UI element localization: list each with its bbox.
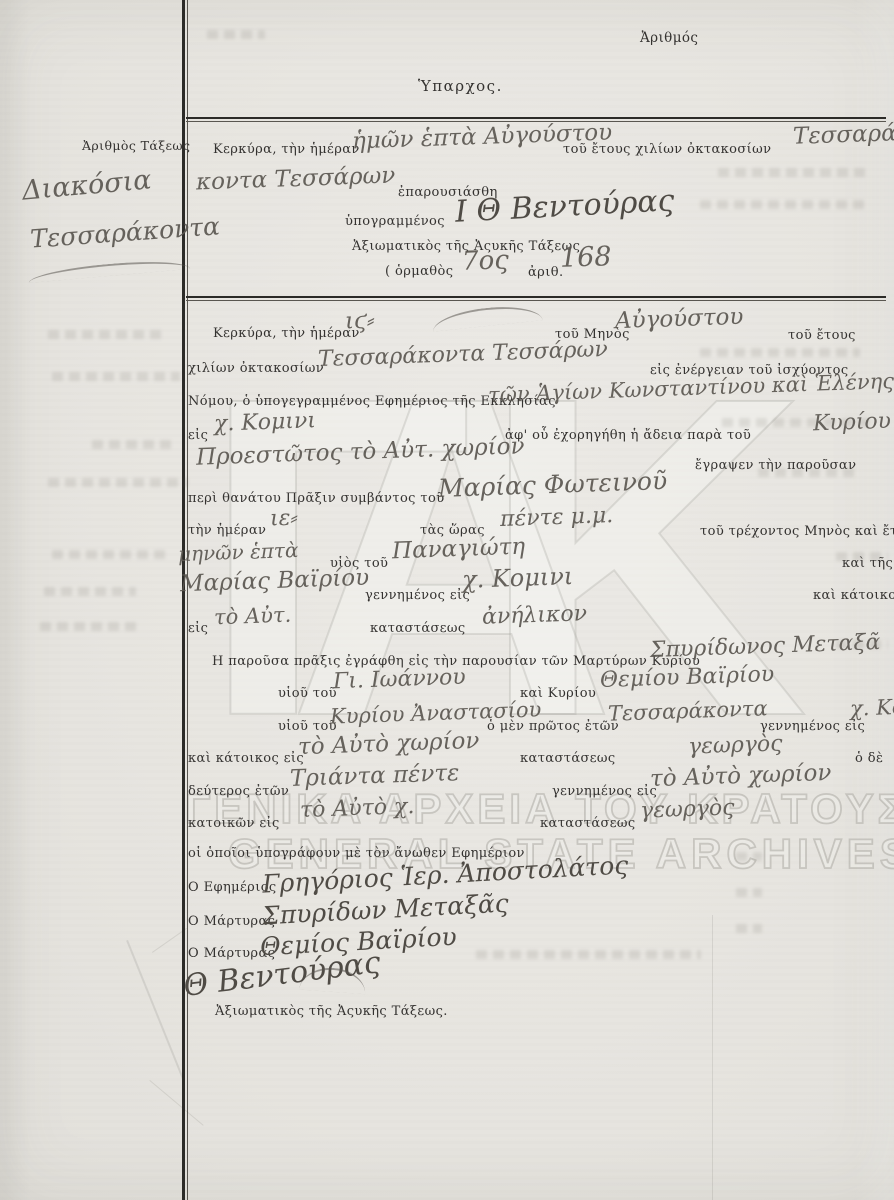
act-born-at-label: γεννημένος εἰς <box>365 589 470 603</box>
bleed-through-mark <box>48 478 188 487</box>
box-year-entry-part1: Τεσσαρά <box>793 122 894 149</box>
second-witness-intro-label: ὁ δὲ <box>855 752 883 766</box>
first-witness-age-label: ὁ μὲν πρῶτος ἐτῶν <box>487 720 619 734</box>
bleed-through-mark <box>718 168 868 177</box>
act-month-entry: Αὐγούστου <box>615 306 744 333</box>
act-death-hour-entry: πέντε μ.μ. <box>500 505 614 531</box>
vertical-rule-inner <box>187 0 188 1200</box>
second-witness-age-entry: Τριάντα πέντε <box>290 762 460 791</box>
box-year-label: τοῦ ἔτους χιλίων ὀκτακοσίων <box>563 143 771 157</box>
first-witness-status-label: καταστάσεως <box>520 752 616 766</box>
act-village-entry: χ. Κομινι <box>214 410 317 436</box>
first-witness-resident-label: καὶ κάτοικος εἰς <box>188 752 304 766</box>
act-status-entry: ἀνήλικον <box>482 603 588 629</box>
vertical-crease <box>712 915 713 1200</box>
bleed-through-mark <box>700 348 860 357</box>
act-on-day-label: τὴν ἡμέραν <box>188 524 266 538</box>
second-witness-born-label: γεννημένος εἰς <box>552 785 657 799</box>
act-place-date-label: Κερκύρα, τὴν ἡμέραν <box>213 327 360 341</box>
document-number-label: Ἀριθμός <box>640 31 698 46</box>
second-witness-status-entry: γεωργὸς <box>640 797 735 822</box>
box-place-date-label: Κερκύρα, τὴν ἡμέραν <box>213 143 360 157</box>
bleed-through-mark <box>92 440 174 449</box>
horizontal-rule-mid-inner <box>186 300 886 301</box>
act-resident-label: καὶ κάτοικος <box>813 589 894 603</box>
box-number-entry: 168 <box>560 243 612 272</box>
box-bundle-entry: 7ος <box>462 247 510 275</box>
second-witness-resident-label: κατοικῶν εἰς <box>188 817 280 831</box>
order-number-value-line1: Διακόσια <box>21 166 152 204</box>
act-death-day-entry: ιε⸗ <box>270 508 299 531</box>
witness2-name-entry: Θεμίου Βαϊρίου <box>600 664 775 692</box>
bleed-through-mark <box>44 587 136 596</box>
act-deceased-name-entry: Μαρίας Φωτεινοῦ <box>438 468 668 501</box>
box-year-entry-part2: κοντα Τεσσάρων <box>196 165 396 195</box>
officer-title: Ἀξιωματικὸς τῆς Ἀςυκῆς Τάξεως. <box>215 1005 448 1019</box>
margin-underline-flourish <box>28 257 190 283</box>
horizontal-rule-mid <box>186 296 886 298</box>
horizontal-rule-top <box>186 117 886 119</box>
bleed-through-mark <box>48 330 166 339</box>
second-witness-status-label: καταστάσεως <box>540 817 636 831</box>
act-permission-label: ἀφ' οὗ ἐχορηγήθη ἡ ἄδεια παρὰ τοῦ <box>505 429 751 443</box>
second-witness-age-label: δεύτερος ἐτῶν <box>188 785 289 799</box>
first-witness-age-entry: Τεσσαράκοντα <box>608 698 768 725</box>
box-undersigned-label: ὑπογραμμένος <box>345 215 445 229</box>
bleed-through-mark <box>736 924 762 933</box>
page-title: Ὑπαρχος. <box>418 78 503 95</box>
bleed-through-mark <box>52 550 170 559</box>
act-day-entry: ιϛ⸗ <box>345 309 375 333</box>
second-witness-residence-entry: τὸ Αὐτὸ χ. <box>300 796 415 822</box>
bleed-through-mark <box>52 372 180 381</box>
box-number-label: ἀριθ. <box>528 266 563 280</box>
bleed-through-mark <box>476 950 701 959</box>
act-year-label: τοῦ ἔτους <box>788 329 856 343</box>
witness1-son-of-label: υἱοῦ τοῦ <box>278 687 337 701</box>
diagonal-crease <box>127 940 185 1080</box>
act-at-label2: εἰς <box>188 622 208 636</box>
order-number-label: Ἀριθμὸς Τάξεως <box>82 139 190 153</box>
act-death-of-label: περὶ θανάτου Πρᾶξιν συμβάντος τοῦ <box>188 492 445 506</box>
act-current-month-label: τοῦ τρέχοντος Μηνὸς καὶ ἔτους <box>700 525 894 539</box>
act-birthplace-entry: χ. Κομινι <box>462 564 574 592</box>
bleed-through-mark <box>700 200 870 209</box>
act-residence-entry: τὸ Αὐτ. <box>214 605 292 629</box>
bleed-through-mark <box>722 418 870 427</box>
box-bundle-label: ( ὁρμαθὸς <box>385 265 453 279</box>
act-status-label: καταστάσεως <box>370 622 466 636</box>
second-witness-birthplace-entry: τὸ Αὐτὸ χωρίον <box>650 762 832 791</box>
act-year-thousand-label: χιλίων ὀκτακοσίων <box>188 362 324 376</box>
bleed-through-mark <box>836 552 888 561</box>
bleed-through-mark <box>836 640 888 649</box>
bleed-through-mark <box>736 888 762 897</box>
order-number-value-line2: Τεσσαράκοντα <box>29 213 220 251</box>
first-witness-residence-entry: τὸ Αὐτὸ χωρίον <box>298 730 480 759</box>
diagonal-crease <box>149 1080 203 1126</box>
first-witness-birthplace-entry: χ. Κομινι <box>850 695 894 719</box>
bleed-through-mark <box>207 30 265 39</box>
bleed-through-mark <box>736 852 762 861</box>
act-father-name-entry: Παναγιώτη <box>392 536 526 564</box>
bleed-through-mark <box>758 468 856 477</box>
vertical-rule-main <box>182 0 185 1200</box>
act-at-label: εἰς <box>188 429 208 443</box>
scanned-document-page: ΓΑΚ ΓΕΝΙΚΑ ΑΡΧΕΙΑ ΤΟΥ ΚΡΑΤΟΥΣ GENERAL ST… <box>0 0 894 1200</box>
witness1-father-entry: Γι. Ιωάννου <box>333 667 466 694</box>
bleed-through-mark <box>40 622 138 631</box>
act-age-months-entry: μηνῶν ἑπτὰ <box>178 540 299 564</box>
box-officer-signature: Ι Θ Βεντούρας <box>454 186 675 227</box>
first-witness-status-entry: γεωργὸς <box>688 733 783 758</box>
